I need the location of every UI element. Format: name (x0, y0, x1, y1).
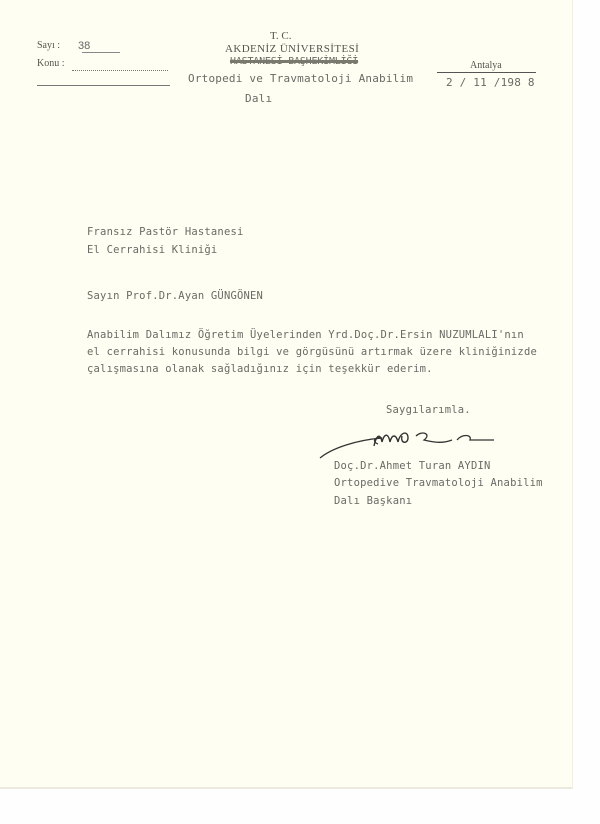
letter-page: Sayı : 38 Konu : T. C. AKDENİZ ÜNİVERSİT… (0, 0, 573, 789)
city-underline (437, 72, 536, 73)
department-line-2: Dalı (245, 92, 272, 105)
struck-text: HASTANESİ BAŞHEKİMLİĞİ (230, 56, 358, 67)
sayi-value: 38 (78, 40, 90, 52)
konu-underline (72, 70, 168, 71)
recipient-line-1: Fransız Pastör Hastanesi (87, 226, 244, 238)
struck-out-line: HASTANESİ BAŞHEKİMLİĞİ (230, 56, 358, 67)
closing: Saygılarımla. (386, 404, 471, 416)
body-line: Anabilim Dalımız Öğretim Üyelerinden Yrd… (87, 329, 524, 341)
university-heading: AKDENİZ ÜNİVERSİTESİ (225, 43, 359, 55)
signature-icon (312, 422, 502, 462)
sayi-underline (82, 52, 120, 53)
blank-underline (37, 85, 170, 86)
signatory-name: Doç.Dr.Ahmet Turan AYDIN (334, 460, 491, 472)
body-line: el cerrahisi konusunda bilgi ve görgüsün… (87, 346, 537, 358)
signatory-title-2: Dalı Başkanı (334, 495, 412, 507)
konu-label: Konu : (37, 58, 65, 69)
sayi-label: Sayı : (37, 40, 60, 51)
letter-date: 2 / 11 /198 8 (446, 76, 535, 89)
recipient-line-2: El Cerrahisi Kliniği (87, 244, 217, 256)
signatory-title-1: Ortopedive Travmatoloji Anabilim (334, 477, 543, 489)
department-line-1: Ortopedi ve Travmatoloji Anabilim (188, 72, 413, 85)
body-line: çalışmasına olanak sağladığınız için teş… (87, 363, 433, 375)
salutation: Sayın Prof.Dr.Ayan GÜNGÖNEN (87, 290, 263, 302)
city-label: Antalya (470, 60, 502, 71)
country-heading: T. C. (270, 30, 292, 42)
